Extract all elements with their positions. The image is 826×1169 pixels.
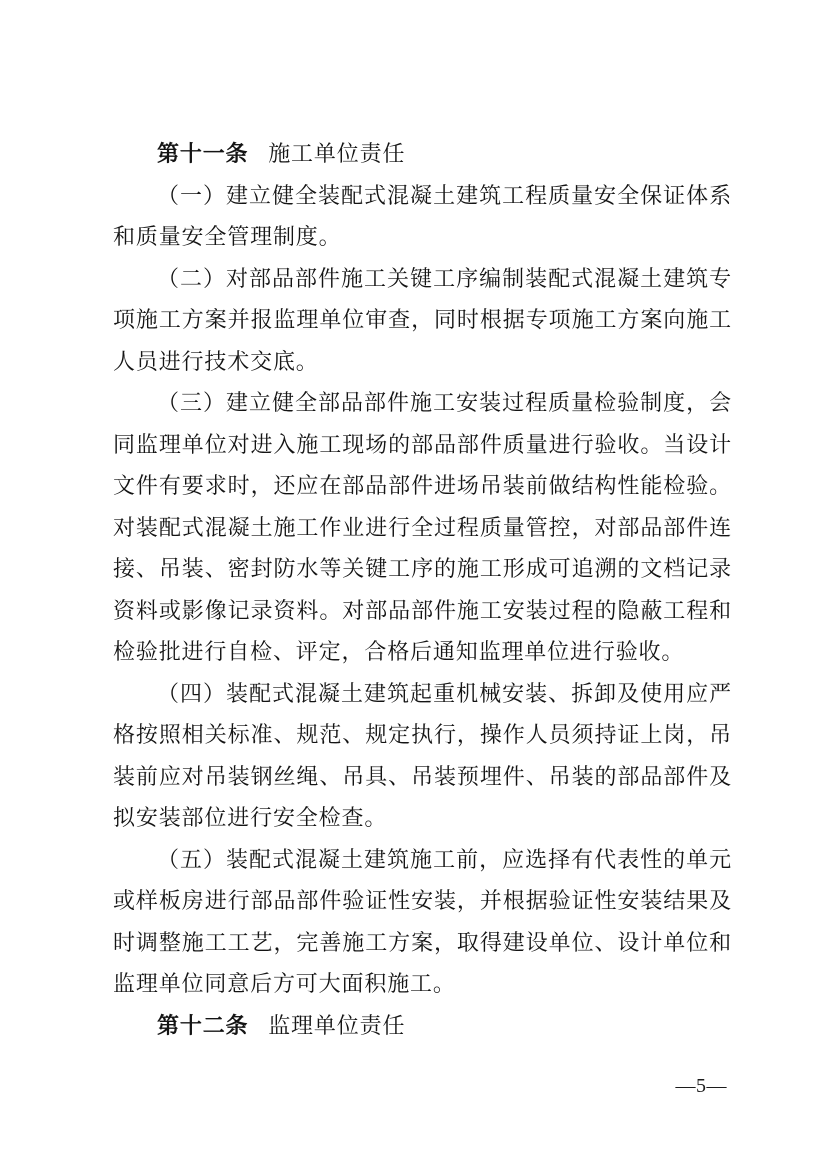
document-page: 第十一条施工单位责任 （一）建立健全装配式混凝土建筑工程质量安全保证体系和质量安…: [0, 0, 826, 1169]
paragraph-item-4: （四）装配式混凝土建筑起重机械安装、拆卸及使用应严格按照相关标准、规范、规定执行…: [113, 673, 732, 839]
paragraph-item-1: （一）建立健全装配式混凝土建筑工程质量安全保证体系和质量安全管理制度。: [113, 175, 732, 258]
article-11-heading: 第十一条施工单位责任: [113, 133, 732, 175]
document-body: 第十一条施工单位责任 （一）建立健全装配式混凝土建筑工程质量安全保证体系和质量安…: [113, 133, 732, 1046]
article-11-title: 施工单位责任: [268, 141, 405, 166]
paragraph-item-2: （二）对部品部件施工关键工序编制装配式混凝土建筑专项施工方案并报监理单位审查，同…: [113, 258, 732, 383]
article-12-number: 第十二条: [157, 1013, 248, 1038]
page-number: —5—: [676, 1074, 728, 1098]
paragraph-item-5: （五）装配式混凝土建筑施工前，应选择有代表性的单元或样板房进行部品部件验证性安装…: [113, 839, 732, 1005]
paragraph-item-3: （三）建立健全部品部件施工安装过程质量检验制度，会同监理单位对进入施工现场的部品…: [113, 382, 732, 673]
article-12-title: 监理单位责任: [268, 1013, 405, 1038]
article-11-number: 第十一条: [157, 141, 248, 166]
article-12-heading: 第十二条监理单位责任: [113, 1005, 732, 1047]
